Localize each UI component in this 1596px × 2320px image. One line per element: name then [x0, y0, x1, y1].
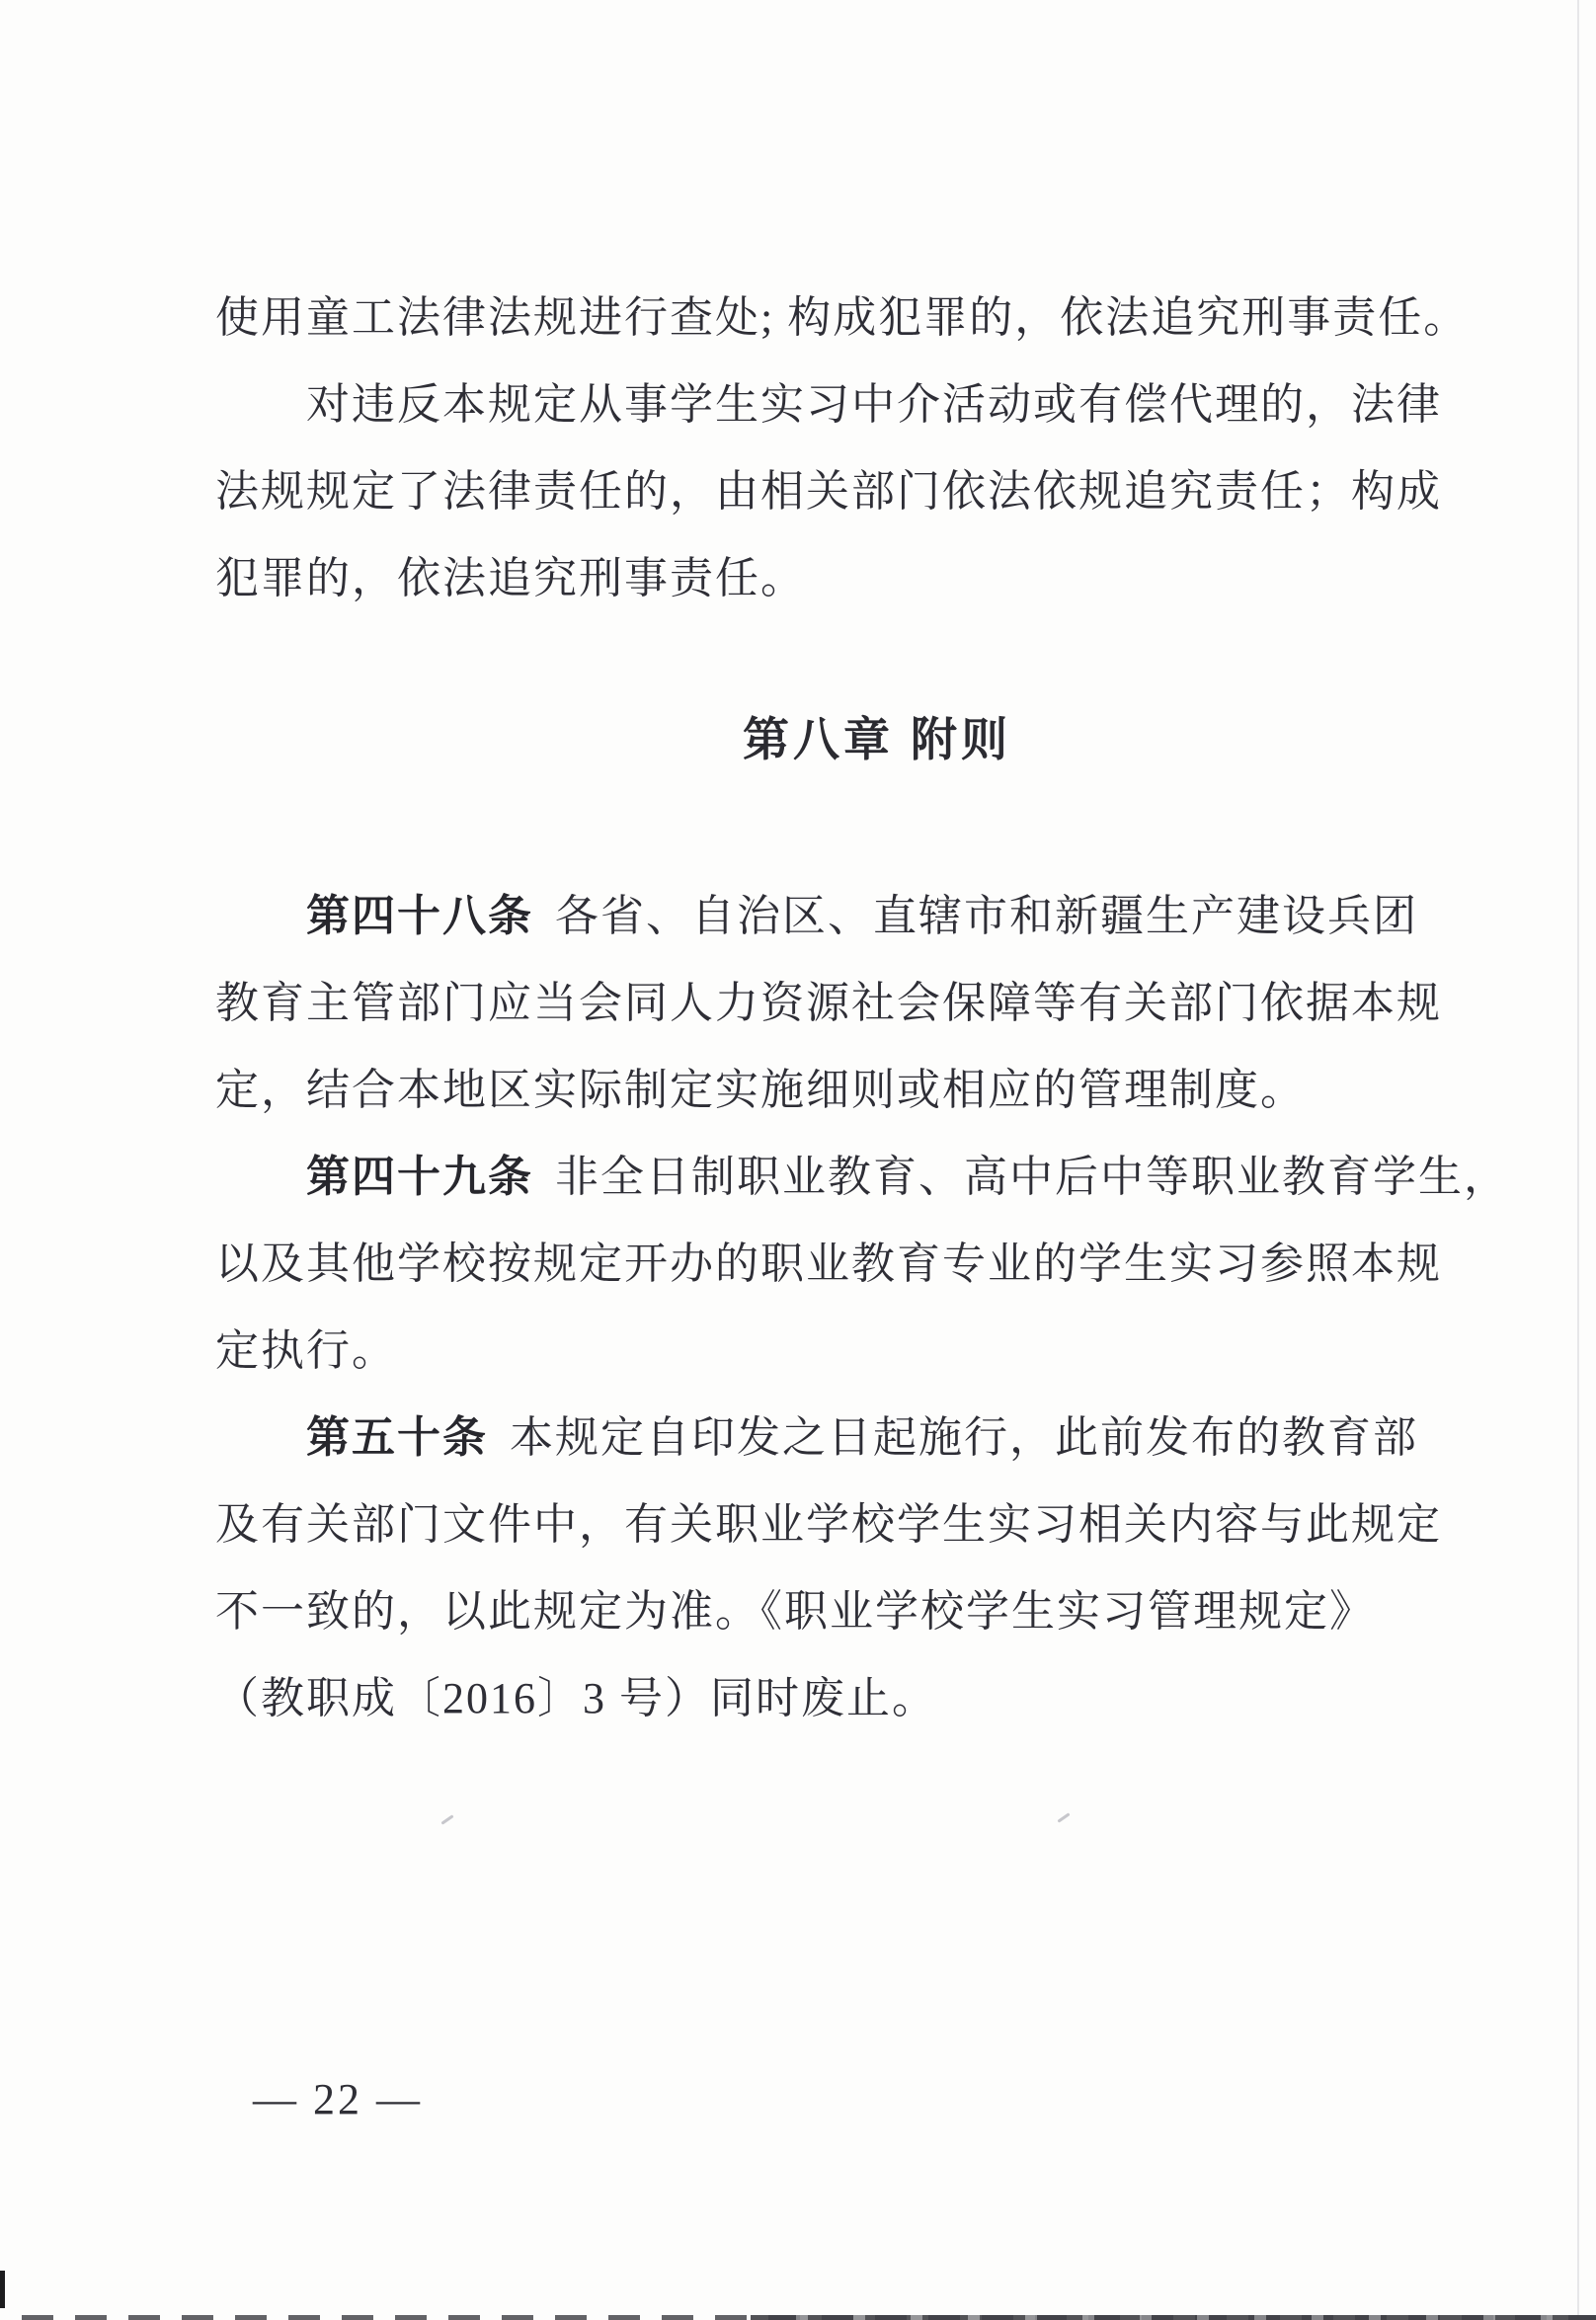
- body-text-line: 定执行。: [215, 1326, 1430, 1376]
- chapter-heading: 第八章 附则: [743, 715, 1011, 764]
- body-text-line: 及有关部门文件中，有关职业学校学生实习相关内容与此规定: [215, 1500, 1430, 1550]
- scan-speck: [1057, 1812, 1070, 1822]
- body-text-line: 使用童工法律法规进行查处; 构成犯罪的，依法追究刑事责任。: [215, 293, 1430, 343]
- line-text: 使用童工法律法规进行查处; 构成犯罪的，依法追究刑事责任。: [215, 293, 1469, 342]
- line-text: 犯罪的，依法追究刑事责任。: [215, 554, 806, 602]
- body-text-line: 犯罪的，依法追究刑事责任。: [215, 554, 1430, 603]
- body-text-line: 第五十条本规定自印发之日起施行，此前发布的教育部: [215, 1413, 1521, 1463]
- body-text-line: （教职成〔2016〕3 号）同时废止。: [215, 1674, 1430, 1723]
- body-text-line: 对违反本规定从事学生实习中介活动或有偿代理的，法律: [215, 380, 1521, 430]
- body-text-line: 第四十八条各省、自治区、直辖市和新疆生产建设兵团: [215, 892, 1521, 941]
- line-text: 对违反本规定从事学生实习中介活动或有偿代理的，法律: [306, 380, 1442, 429]
- line-text: 不一致的，以此规定为准。《职业学校学生实习管理规定》: [215, 1587, 1375, 1636]
- body-text-line: 教育主管部门应当会同人力资源社会保障等有关部门依据本规: [215, 979, 1430, 1028]
- body-text-line: 定，结合本地区实际制定实施细则或相应的管理制度。: [215, 1066, 1430, 1115]
- article-number: 第五十条: [306, 1413, 488, 1462]
- body-text-line: 法规规定了法律责任的，由相关部门依法依规追究责任；构成: [215, 467, 1430, 517]
- body-text-line: 不一致的，以此规定为准。《职业学校学生实习管理规定》: [215, 1587, 1430, 1637]
- line-text: 本规定自印发之日起施行，此前发布的教育部: [510, 1413, 1418, 1462]
- line-text: 定执行。: [215, 1326, 397, 1375]
- line-text: 非全日制职业教育、高中后中等职业教育学生，: [555, 1153, 1509, 1201]
- line-text: 及有关部门文件中，有关职业学校学生实习相关内容与此规定: [215, 1500, 1442, 1549]
- line-text: 定，结合本地区实际制定实施细则或相应的管理制度。: [215, 1066, 1306, 1114]
- line-text: 以及其他学校按规定开办的职业教育专业的学生实习参照本规: [215, 1240, 1442, 1288]
- body-text-line: 第四十九条非全日制职业教育、高中后中等职业教育学生，: [215, 1153, 1521, 1202]
- scan-bottom-edge-artifact: [751, 2315, 1596, 2320]
- scan-speck: [440, 1814, 453, 1824]
- line-text: 法规规定了法律责任的，由相关部门依法依规追究责任；构成: [215, 467, 1442, 516]
- article-number: 第四十八条: [306, 892, 533, 940]
- body-text-line: 以及其他学校按规定开办的职业教育专业的学生实习参照本规: [215, 1240, 1430, 1289]
- line-text: （教职成〔2016〕3 号）同时废止。: [215, 1674, 937, 1722]
- line-text: 各省、自治区、直辖市和新疆生产建设兵团: [555, 892, 1418, 940]
- scan-edge-notch: [0, 2271, 5, 2308]
- article-number: 第四十九条: [306, 1153, 533, 1201]
- scanned-document-page: 使用童工法律法规进行查处; 构成犯罪的，依法追究刑事责任。 对违反本规定从事学生…: [0, 0, 1596, 2320]
- page-number: — 22 —: [253, 2074, 423, 2124]
- scan-page-edge-line: [1577, 0, 1579, 2320]
- line-text: 教育主管部门应当会同人力资源社会保障等有关部门依据本规: [215, 979, 1442, 1027]
